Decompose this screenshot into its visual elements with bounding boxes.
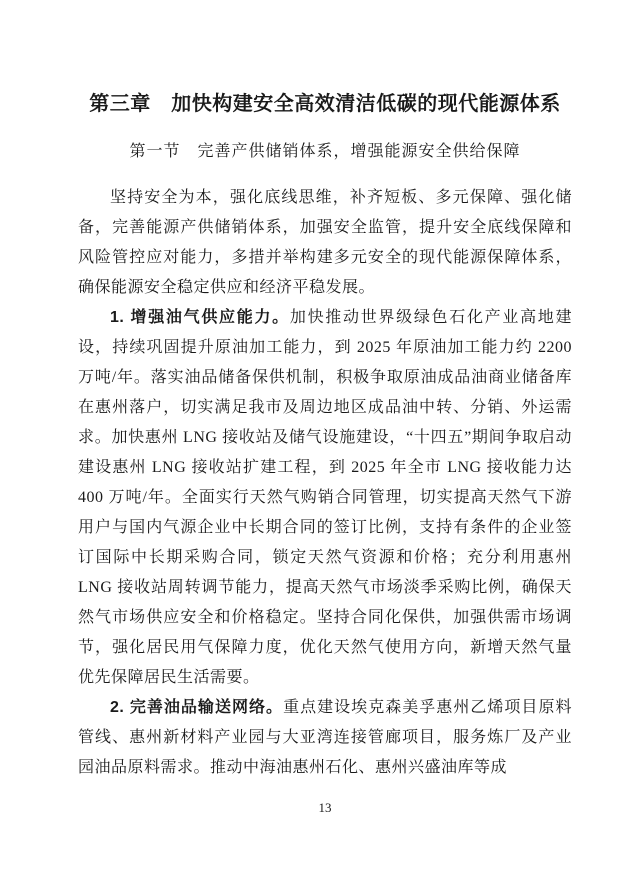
paragraph-text: 加快推动世界级绿色石化产业高地建设，持续巩固提升原油加工能力，到 2025 年原… <box>78 309 572 686</box>
paragraph: 坚持安全为本，强化底线思维，补齐短板、多元保障、强化储备，完善能源产供储销体系，… <box>78 183 572 303</box>
paragraph: 1. 增强油气供应能力。加快推动世界级绿色石化产业高地建设，持续巩固提升原油加工… <box>78 303 572 693</box>
body-text: 坚持安全为本，强化底线思维，补齐短板、多元保障、强化储备，完善能源产供储销体系，… <box>78 183 572 783</box>
paragraph-lead: 1. 增强油气供应能力。 <box>110 309 290 326</box>
page-number: 13 <box>78 800 572 816</box>
section-title: 第一节 完善产供储销体系，增强能源安全供给保障 <box>78 140 572 164</box>
chapter-title: 第三章 加快构建安全高效清洁低碳的现代能源体系 <box>78 91 572 117</box>
document-page: 第三章 加快构建安全高效清洁低碳的现代能源体系 第一节 完善产供储销体系，增强能… <box>0 0 620 876</box>
paragraph-lead: 2. 完善油品输送网络。 <box>110 699 283 716</box>
paragraph-text: 坚持安全为本，强化底线思维，补齐短板、多元保障、强化储备，完善能源产供储销体系，… <box>78 189 572 296</box>
paragraph: 2. 完善油品输送网络。重点建设埃克森美孚惠州乙烯项目原料管线、惠州新材料产业园… <box>78 693 572 783</box>
